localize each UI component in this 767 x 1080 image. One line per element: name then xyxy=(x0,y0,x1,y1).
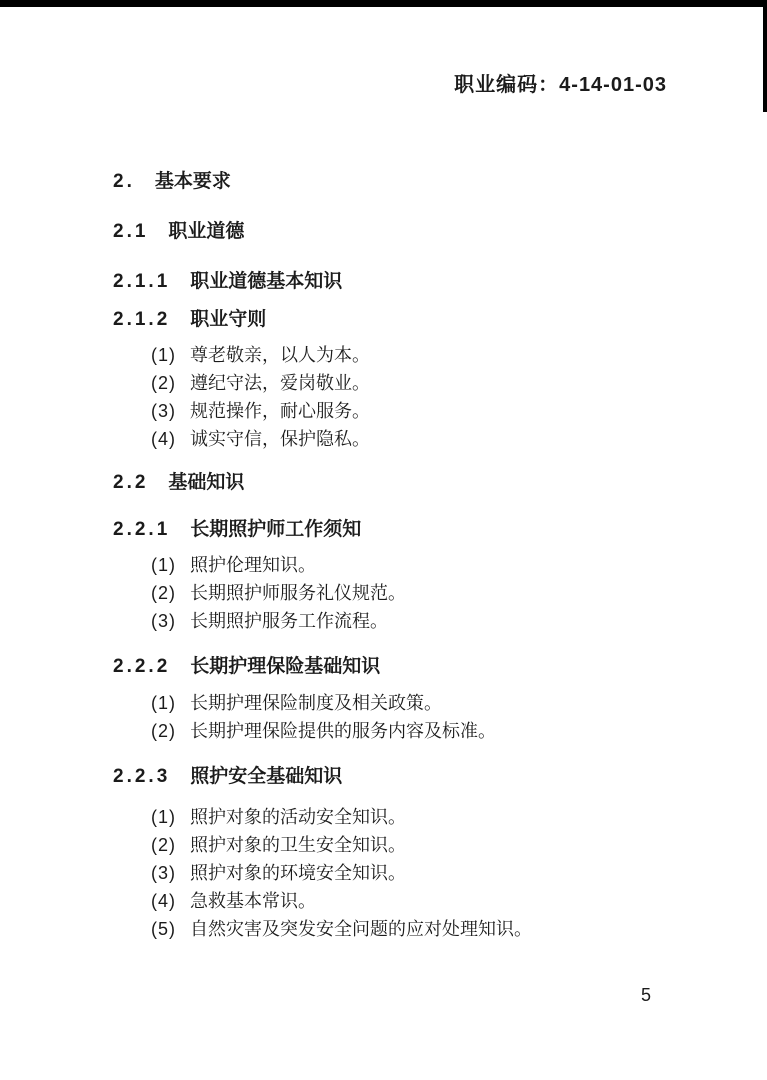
list-item-label: (4) xyxy=(151,425,176,453)
list-2-2-1: (1)照护伦理知识。 (2)长期照护师服务礼仪规范。 (3)长期照护服务工作流程… xyxy=(151,551,406,635)
list-item: (1)照护伦理知识。 xyxy=(151,551,406,579)
section-heading-2-2: 2.2基础知识 xyxy=(113,467,244,494)
list-item-label: (1) xyxy=(151,803,176,831)
list-item-text: 长期照护师服务礼仪规范。 xyxy=(190,583,406,603)
list-item-label: (2) xyxy=(151,579,176,607)
section-heading-2-2-1: 2.2.1长期照护师工作须知 xyxy=(113,514,361,541)
list-2-2-3: (1)照护对象的活动安全知识。 (2)照护对象的卫生安全知识。 (3)照护对象的… xyxy=(151,803,532,943)
list-item: (1)照护对象的活动安全知识。 xyxy=(151,803,532,831)
section-heading-2-1: 2.1职业道德 xyxy=(113,216,244,243)
section-title: 职业道德 xyxy=(168,221,244,242)
list-item-text: 长期照护服务工作流程。 xyxy=(190,611,388,631)
list-item-label: (3) xyxy=(151,859,176,887)
section-title: 照护安全基础知识 xyxy=(190,766,342,787)
section-number: 2.1 xyxy=(113,221,148,242)
list-item-text: 诚实守信，保护隐私。 xyxy=(190,429,370,449)
list-item-text: 遵纪守法，爱岗敬业。 xyxy=(190,373,370,393)
section-number: 2.2.1 xyxy=(113,519,170,540)
section-number: 2. xyxy=(113,171,135,192)
section-heading-2-1-1: 2.1.1职业道德基本知识 xyxy=(113,266,342,293)
list-item-label: (2) xyxy=(151,717,176,745)
section-title: 职业守则 xyxy=(190,309,266,330)
scan-artifact-top-edge xyxy=(0,0,767,7)
list-item: (5)自然灾害及突发安全问题的应对处理知识。 xyxy=(151,915,532,943)
occupation-code-header: 职业编码：4-14-01-03 xyxy=(454,68,667,97)
list-item-label: (4) xyxy=(151,887,176,915)
list-item: (2)照护对象的卫生安全知识。 xyxy=(151,831,532,859)
list-item-label: (3) xyxy=(151,397,176,425)
list-item-text: 照护对象的活动安全知识。 xyxy=(190,807,406,827)
section-number: 2.2.2 xyxy=(113,656,170,677)
list-item-label: (5) xyxy=(151,915,176,943)
list-item: (4)诚实守信，保护隐私。 xyxy=(151,425,370,453)
section-title: 长期护理保险基础知识 xyxy=(190,656,380,677)
list-item-label: (2) xyxy=(151,369,176,397)
section-heading-2-2-3: 2.2.3照护安全基础知识 xyxy=(113,761,342,788)
list-item: (3)照护对象的环境安全知识。 xyxy=(151,859,532,887)
section-number: 2.2 xyxy=(113,472,148,493)
list-item-text: 规范操作，耐心服务。 xyxy=(190,401,370,421)
page-number: 5 xyxy=(641,985,651,1006)
section-title: 基础知识 xyxy=(168,472,244,493)
scan-artifact-right-edge xyxy=(763,0,767,112)
list-item-text: 照护对象的环境安全知识。 xyxy=(190,863,406,883)
section-number: 2.2.3 xyxy=(113,766,170,787)
section-heading-2-2-2: 2.2.2长期护理保险基础知识 xyxy=(113,651,380,678)
list-item: (3)规范操作，耐心服务。 xyxy=(151,397,370,425)
section-number: 2.1.2 xyxy=(113,309,170,330)
section-number: 2.1.1 xyxy=(113,271,170,292)
list-item: (1)长期护理保险制度及相关政策。 xyxy=(151,689,496,717)
list-item-text: 照护对象的卫生安全知识。 xyxy=(190,835,406,855)
list-2-2-2: (1)长期护理保险制度及相关政策。 (2)长期护理保险提供的服务内容及标准。 xyxy=(151,689,496,745)
list-item-text: 照护伦理知识。 xyxy=(190,555,316,575)
list-item: (4)急救基本常识。 xyxy=(151,887,532,915)
list-item: (2)长期照护师服务礼仪规范。 xyxy=(151,579,406,607)
list-item-label: (3) xyxy=(151,607,176,635)
list-item-label: (1) xyxy=(151,551,176,579)
document-page: 职业编码：4-14-01-03 2.基本要求 2.1职业道德 2.1.1职业道德… xyxy=(0,0,767,1080)
list-item: (1)尊老敬亲，以人为本。 xyxy=(151,341,370,369)
list-item-text: 急救基本常识。 xyxy=(190,891,316,911)
list-item-label: (2) xyxy=(151,831,176,859)
list-item: (2)长期护理保险提供的服务内容及标准。 xyxy=(151,717,496,745)
list-item-text: 长期护理保险制度及相关政策。 xyxy=(190,693,442,713)
list-item-text: 自然灾害及突发安全问题的应对处理知识。 xyxy=(190,919,532,939)
list-item-text: 尊老敬亲，以人为本。 xyxy=(190,345,370,365)
list-2-1-2: (1)尊老敬亲，以人为本。 (2)遵纪守法，爱岗敬业。 (3)规范操作，耐心服务… xyxy=(151,341,370,453)
section-title: 职业道德基本知识 xyxy=(190,271,342,292)
section-title: 基本要求 xyxy=(155,171,231,192)
list-item-label: (1) xyxy=(151,689,176,717)
list-item: (3)长期照护服务工作流程。 xyxy=(151,607,406,635)
list-item-text: 长期护理保险提供的服务内容及标准。 xyxy=(190,721,496,741)
section-title: 长期照护师工作须知 xyxy=(190,519,361,540)
list-item: (2)遵纪守法，爱岗敬业。 xyxy=(151,369,370,397)
section-heading-2: 2.基本要求 xyxy=(113,166,231,193)
list-item-label: (1) xyxy=(151,341,176,369)
section-heading-2-1-2: 2.1.2职业守则 xyxy=(113,304,266,331)
